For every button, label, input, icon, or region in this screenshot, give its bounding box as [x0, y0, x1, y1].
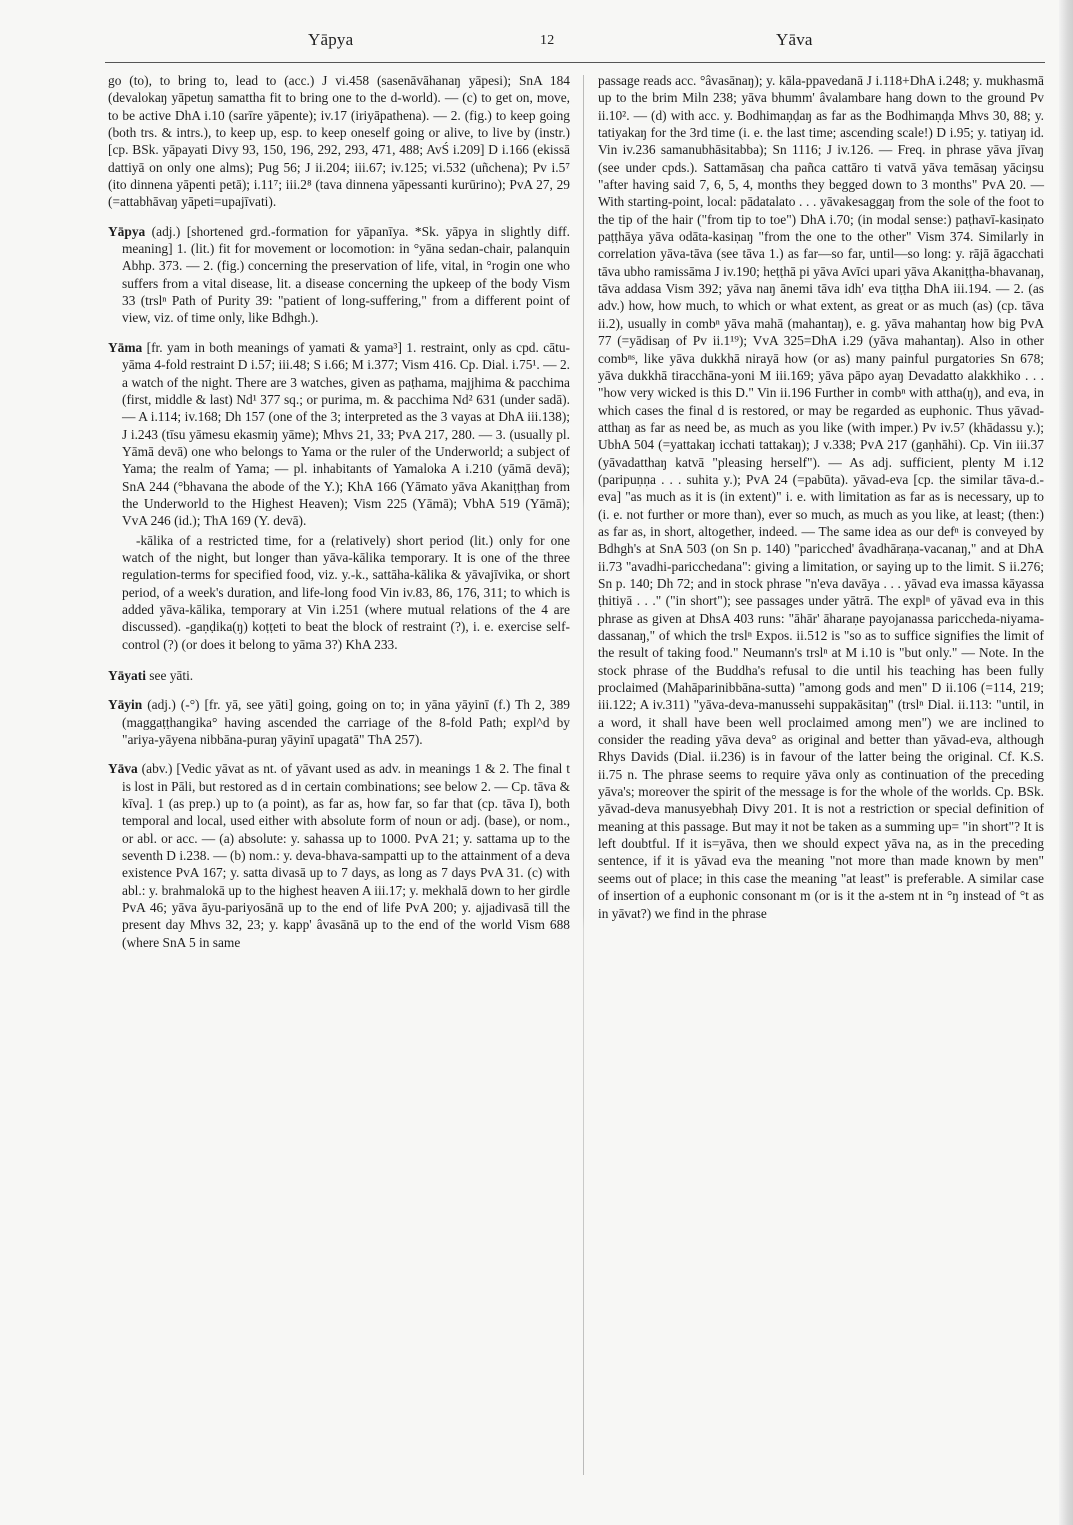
dictionary-entry-yama: Yāma [fr. yam in both meanings of yamati… — [108, 339, 570, 530]
dictionary-entry-yayati: Yāyati see yāti. — [108, 667, 570, 684]
compound-subentry: -kālika of a restricted time, for a (rel… — [108, 532, 570, 653]
page-number: 12 — [540, 33, 554, 49]
entry-text: (adj.) [shortened grd.-formation for yāp… — [122, 224, 570, 326]
entry-text: (adj.) (-°) [fr. yā, see yāti] going, go… — [122, 697, 570, 747]
entry-text: go (to), to bring to, lead to (acc.) J v… — [108, 73, 570, 209]
entry-text: (abv.) [Vedic yāvat as nt. of yāvant use… — [122, 761, 570, 949]
entry-text: -kālika of a restricted time, for a (rel… — [122, 533, 570, 652]
entry-continuation: passage reads acc. °âvasānaŋ); y. kāla-p… — [598, 72, 1044, 922]
entry-text: passage reads acc. °âvasānaŋ); y. kāla-p… — [598, 73, 1044, 921]
page-header: Yāpya 12 Yāva — [108, 30, 1048, 54]
left-column: go (to), to bring to, lead to (acc.) J v… — [108, 72, 570, 963]
headword: Yāma — [108, 340, 142, 355]
dictionary-entry-yava: Yāva (abv.) [Vedic yāvat as nt. of yāvan… — [108, 760, 570, 951]
headword: Yāyati — [108, 668, 146, 683]
page-edge-shadow — [1059, 0, 1073, 1525]
headword: Yāyin — [108, 697, 142, 712]
right-guide-word: Yāva — [776, 30, 813, 50]
headword: Yāva — [108, 761, 138, 776]
left-guide-word: Yāpya — [308, 30, 353, 50]
entry-text: see yāti. — [146, 668, 193, 683]
dictionary-entry-yayin: Yāyin (adj.) (-°) [fr. yā, see yāti] goi… — [108, 696, 570, 748]
entry-text: [fr. yam in both meanings of yamati & ya… — [122, 340, 570, 528]
headword: Yāpya — [108, 224, 145, 239]
column-divider — [583, 75, 584, 1475]
right-column: passage reads acc. °âvasānaŋ); y. kāla-p… — [598, 72, 1044, 934]
dictionary-entry-yapya: Yāpya (adj.) [shortened grd.-formation f… — [108, 223, 570, 327]
entry-continuation: go (to), to bring to, lead to (acc.) J v… — [108, 72, 570, 211]
header-rule — [105, 62, 1045, 63]
